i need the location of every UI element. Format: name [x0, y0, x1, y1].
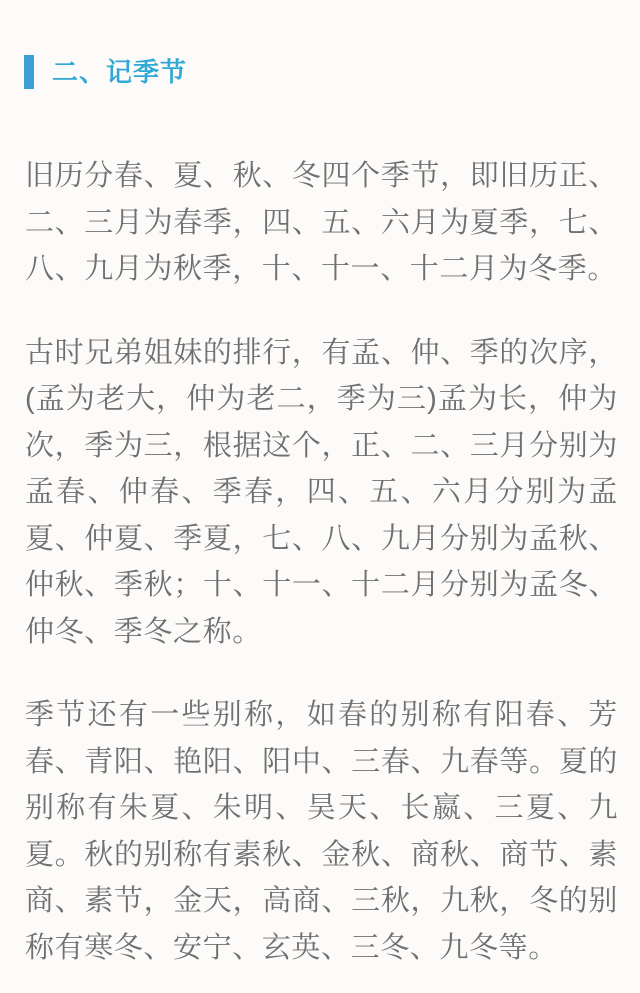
paragraph-season-aliases: 季节还有一些别称，如春的别称有阳春、芳春、青阳、艳阳、阳中、三春、九春等。夏的别…	[25, 692, 618, 971]
section-title: 二、记季节	[52, 55, 187, 89]
article-page: 二、记季节 旧历分春、夏、秋、冬四个季节，即旧历正、二、三月为春季，四、五、六月…	[0, 0, 640, 993]
article-body: 旧历分春、夏、秋、冬四个季节，即旧历正、二、三月为春季，四、五、六月为夏季，七、…	[0, 153, 640, 971]
paragraph-seasons-months: 旧历分春、夏、秋、冬四个季节，即旧历正、二、三月为春季，四、五、六月为夏季，七、…	[25, 153, 618, 293]
paragraph-meng-zhong-ji: 古时兄弟姐妹的排行，有孟、仲、季的次序，(孟为老大，仲为老二，季为三)孟为长，仲…	[25, 330, 618, 656]
heading-accent-bar	[24, 55, 34, 89]
section-heading: 二、记季节	[0, 0, 640, 89]
